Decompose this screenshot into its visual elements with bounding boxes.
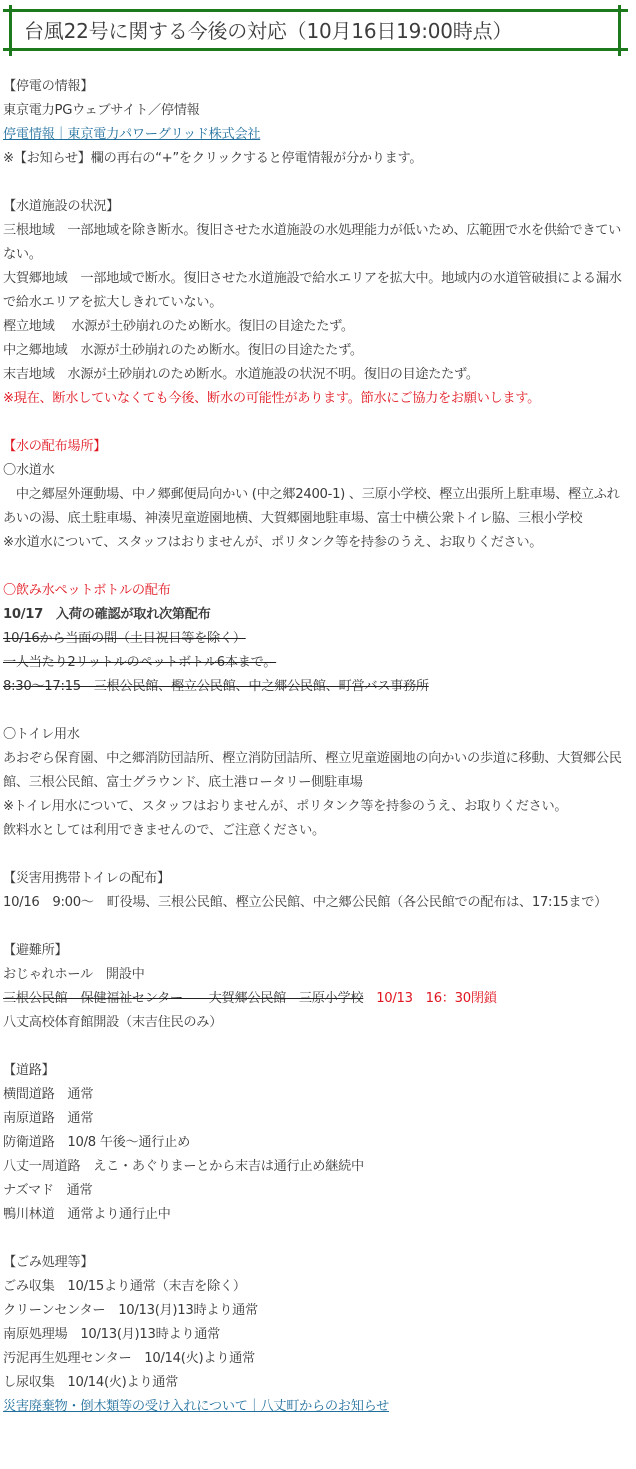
section-heading: 【道路】 <box>3 1059 625 1083</box>
waste-item: ごみ収集 10/15より通常（末吉を除く） <box>3 1275 625 1299</box>
water-status-item: 中之郷地域 水源が土砂崩れのため断水。復旧の目途たたず。 <box>3 339 625 363</box>
road-item: 横間道路 通常 <box>3 1083 625 1107</box>
section-heading: 【避難所】 <box>3 939 625 963</box>
power-site-label: 東京電力PGウェブサイト／停情報 <box>3 99 625 123</box>
waste-item: し尿収集 10/14(火)より通常 <box>3 1371 625 1395</box>
frame-right-line <box>618 5 621 56</box>
shelter-closed-note: 10/13 16：30閉鎖 <box>363 991 496 1006</box>
shelter-closed-list: 三根公民館 保健福祉センター 大賀郷公民館 三原小学校 <box>3 991 363 1006</box>
toilet-water-places: あおぞら保育園、中之郷消防団詰所、樫立消防団詰所、樫立児童遊園地の向かいの歩道に… <box>3 747 625 795</box>
tap-water-label: 〇水道水 <box>3 459 625 483</box>
power-note: ※【お知らせ】欄の再右の“+”をクリックすると停電情報が分かります。 <box>3 147 625 171</box>
section-power: 【停電の情報】 東京電力PGウェブサイト／停情報 停電情報｜東京電力パワーグリッ… <box>3 75 625 171</box>
section-roads: 【道路】 横間道路 通常 南原道路 通常 防衛道路 10/8 午後～通行止め 八… <box>3 1059 625 1227</box>
shelter-open: おじゃれホール 開設中 <box>3 963 625 987</box>
spacer <box>3 699 625 723</box>
bottle-struck-line: 一人当たり2リットルのペットボトル6本まで。 <box>3 655 276 670</box>
toilet-water-note: 飲料水としては利用できませんので、ご注意ください。 <box>3 819 625 843</box>
section-shelter: 【避難所】 おじゃれホール 開設中 三根公民館 保健福祉センター 大賀郷公民館 … <box>3 939 625 1035</box>
bottle-water-label: 〇飲み水ペットボトルの配布 <box>3 579 625 603</box>
waste-item: 汚泥再生処理センター 10/14(火)より通常 <box>3 1347 625 1371</box>
portable-toilet-text: 10/16 9:00～ 町役場、三根公民館、樫立公民館、中之郷公民館（各公民館で… <box>3 891 625 915</box>
section-heading: 【水道施設の状況】 <box>3 195 625 219</box>
road-item: 防衛道路 10/8 午後～通行止め <box>3 1131 625 1155</box>
tap-water-places: 中之郷屋外運動場、中ノ郷郵便局向かい (中之郷2400-1) 、三原小学校、樫立… <box>3 483 625 531</box>
spacer <box>3 915 625 939</box>
spacer <box>3 1035 625 1059</box>
bottle-current-status: 10/17 入荷の確認が取れ次第配布 <box>3 603 625 627</box>
water-status-item: 三根地域 一部地域を除き断水。復旧させた水道施設の水処理能力が低いため、広範囲で… <box>3 219 625 267</box>
road-item: 南原道路 通常 <box>3 1107 625 1131</box>
section-waste: 【ごみ処理等】 ごみ収集 10/15より通常（末吉を除く） クリーンセンター 1… <box>3 1251 625 1419</box>
bottle-struck-line: 8:30～17:15 三根公民館、樫立公民館、中之郷公民館、町営バス事務所 <box>3 679 429 694</box>
water-status-item: 末吉地域 水源が土砂崩れのため断水。水道施設の状況不明。復旧の目途たたず。 <box>3 363 625 387</box>
page-title: 台風22号に関する今後の対応（10月16日19:00時点） <box>24 16 512 46</box>
spacer <box>3 171 625 195</box>
section-heading: 【水の配布場所】 <box>3 435 625 459</box>
waste-item: 南原処理場 10/13(月)13時より通常 <box>3 1323 625 1347</box>
road-item: 鴨川林道 通常より通行止中 <box>3 1203 625 1227</box>
section-water-status: 【水道施設の状況】 三根地域 一部地域を除き断水。復旧させた水道施設の水処理能力… <box>3 195 625 411</box>
road-item: ナズマド 通常 <box>3 1179 625 1203</box>
spacer <box>3 843 625 867</box>
article-body: 【停電の情報】 東京電力PGウェブサイト／停情報 停電情報｜東京電力パワーグリッ… <box>3 75 625 1419</box>
section-heading: 【ごみ処理等】 <box>3 1251 625 1275</box>
water-status-item: 樫立地域 水源が土砂崩れのため断水。復旧の目途たたず。 <box>3 315 625 339</box>
page-title-frame: 台風22号に関する今後の対応（10月16日19:00時点） <box>0 0 636 60</box>
spacer <box>3 555 625 579</box>
shelter-school: 八丈高校体育館開設（末吉住民のみ） <box>3 1011 625 1035</box>
frame-top-line <box>3 9 628 12</box>
spacer <box>3 1227 625 1251</box>
waste-item: クリーンセンター 10/13(月)13時より通常 <box>3 1299 625 1323</box>
water-warning: ※現在、断水していなくても今後、断水の可能性があります。節水にご協力をお願いしま… <box>3 387 625 411</box>
section-portable-toilet: 【災害用携帯トイレの配布】 10/16 9:00～ 町役場、三根公民館、樫立公民… <box>3 867 625 915</box>
tap-water-note: ※水道水について、スタッフはおりませんが、ポリタンク等を持参のうえ、お取りくださ… <box>3 531 625 555</box>
toilet-water-label: 〇トイレ用水 <box>3 723 625 747</box>
road-item: 八丈一周道路 えこ・あぐりまーとから末吉は通行止め継続中 <box>3 1155 625 1179</box>
toilet-water-note: ※トイレ用水について、スタッフはおりませんが、ポリタンク等を持参のうえ、お取りく… <box>3 795 625 819</box>
water-status-item: 大賀郷地域 一部地域で断水。復旧させた水道施設で給水エリアを拡大中。地域内の水道… <box>3 267 625 315</box>
section-water-distribution: 【水の配布場所】 〇水道水 中之郷屋外運動場、中ノ郷郵便局向かい (中之郷240… <box>3 435 625 843</box>
spacer <box>3 411 625 435</box>
disaster-waste-link[interactable]: 災害廃棄物・倒木類等の受け入れについて｜八丈町からのお知らせ <box>3 1399 389 1414</box>
frame-bottom-line <box>3 48 628 51</box>
section-heading: 【災害用携帯トイレの配布】 <box>3 867 625 891</box>
section-heading: 【停電の情報】 <box>3 75 625 99</box>
power-outage-link[interactable]: 停電情報｜東京電力パワーグリッド株式会社 <box>3 127 260 142</box>
frame-left-line <box>9 5 12 56</box>
bottle-struck-line: 10/16から当面の間（土日祝日等を除く） <box>3 631 246 646</box>
